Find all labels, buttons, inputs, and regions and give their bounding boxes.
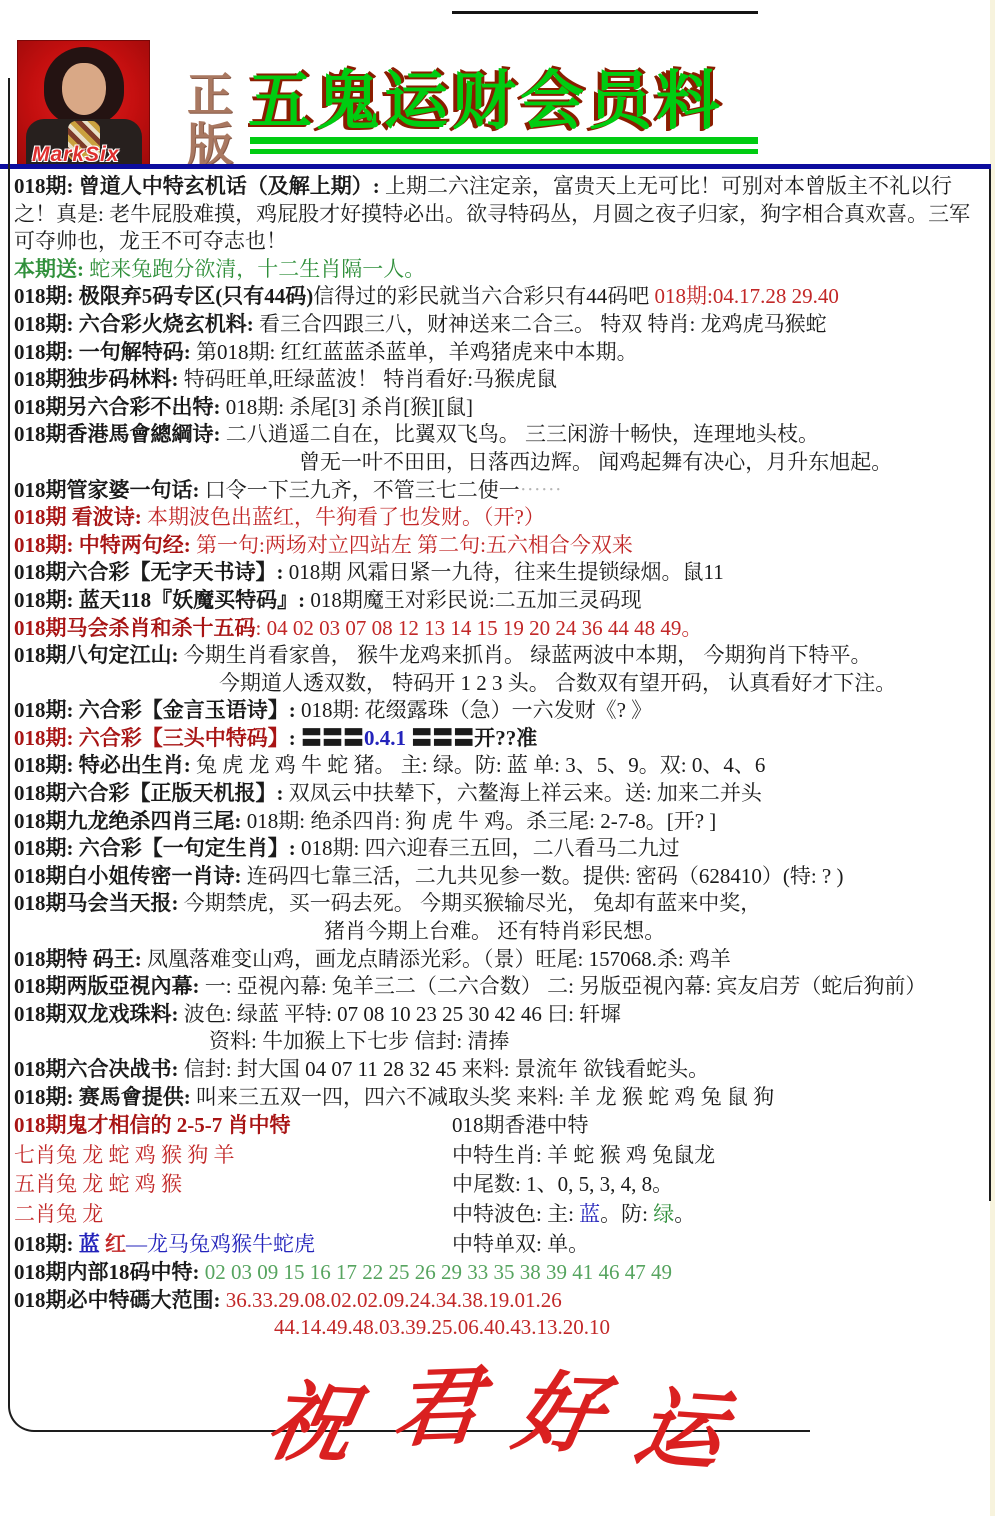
content-line: 中特单双: 单。 bbox=[452, 1230, 988, 1260]
text-segment: 信封: 封大国 04 07 11 28 32 45 来料: 景流年 欲钱看蛇头。 bbox=[184, 1057, 709, 1081]
content-line: 018期八句定江山: 今期生肖看家兽， 猴牛龙鸡来抓肖。 绿蓝两波中本期， 今期… bbox=[14, 642, 988, 670]
text-segment: 36.33.29.08.02.02.09.24.34.38.19.01.26 bbox=[226, 1288, 562, 1312]
text-segment: 018期: 六合彩【一句定生肖】: bbox=[14, 836, 301, 860]
text-segment: ⋯⋯ bbox=[520, 478, 562, 502]
text-segment: 018期马会杀肖和杀十五码 bbox=[14, 616, 256, 640]
text-segment: 之！真是: 老牛屁股难摸，鸡屁股才好摸特必出。欲寻特码丛，月圆之夜子归家，狗字相… bbox=[14, 202, 970, 226]
text-segment: —龙马兔鸡猴牛蛇虎 bbox=[126, 1232, 315, 1256]
text-segment: 可夺帅也，龙王不可夺志也！ bbox=[14, 229, 287, 253]
text-segment: 018期六合决战书: bbox=[14, 1057, 184, 1081]
text-segment: 018期鬼才相信的 2-5-7 肖中特 bbox=[14, 1113, 291, 1137]
text-segment: 开??准 bbox=[474, 726, 537, 750]
content-line: 018期: 六合彩【一句定生肖】: 018期: 四六迎春三五回，二八看马二九过 bbox=[14, 835, 988, 863]
text-segment: 红 bbox=[105, 1232, 126, 1256]
text-segment: 018期: bbox=[14, 1232, 79, 1256]
top-divider-line bbox=[452, 11, 758, 14]
text-segment: 叫来三五双一四，四六不减取头奖 来料: 羊 龙 猴 蛇 鸡 兔 鼠 狗 bbox=[196, 1085, 774, 1109]
blessing-char: 运 bbox=[626, 1357, 737, 1487]
content-line: 018期: 极限弃5码专区(只有44码)信得过的彩民就当六合彩只有44码吧 01… bbox=[14, 283, 988, 311]
text-segment: 018期另六合彩不出特: bbox=[14, 395, 226, 419]
text-segment: 018期: 中特两句经: bbox=[14, 533, 196, 557]
text-segment: 018期: 六合彩火烧玄机料: bbox=[14, 312, 259, 336]
text-segment: 018期: 蓝天118『妖魔买特码』: bbox=[14, 588, 310, 612]
text-segment: 波色: 绿蓝 平特: 07 08 10 23 25 30 42 46 曰: 轩墀 bbox=[184, 1002, 622, 1026]
text-segment: 二肖兔 龙 bbox=[14, 1202, 103, 1226]
text-segment: 蓝 bbox=[79, 1232, 105, 1256]
text-segment: 蛇来兔跑分欲清，十二生肖隔一人。 bbox=[89, 257, 425, 281]
content-line: 可夺帅也，龙王不可夺志也！ bbox=[14, 228, 988, 256]
text-segment: 018期双龙戏珠料: bbox=[14, 1002, 184, 1026]
content-line: 018期: 六合彩【金言玉语诗】: 018期: 花缀露珠（急）一六发财《? 》 bbox=[14, 697, 988, 725]
text-segment: 上期二六注定亲，富贵天上无可比！可别对本曾版主不礼以行 bbox=[385, 174, 952, 198]
text-segment: 018期八句定江山: bbox=[14, 643, 184, 667]
content-line: 018期: 曾道人中特玄机话（及解上期）: 上期二六注定亲，富贵天上无可比！可别… bbox=[14, 173, 988, 201]
text-segment: 第018期: 红红蓝蓝杀蓝单，羊鸡猪虎来中本期。 bbox=[196, 340, 638, 364]
text-segment: 018期香港馬會總綱诗: bbox=[14, 422, 226, 446]
text-segment: 资料: 牛加猴上下七步 信封: 清捧 bbox=[209, 1029, 509, 1053]
content-line: 七肖兔 龙 蛇 鸡 猴 狗 羊 bbox=[14, 1141, 452, 1171]
content-line: 中特生肖: 羊 蛇 猴 鸡 兔鼠龙 bbox=[452, 1141, 988, 1171]
content-line: 二肖兔 龙 bbox=[14, 1200, 452, 1230]
title-underline-2 bbox=[250, 149, 758, 154]
text-segment: 中特单双: 单。 bbox=[452, 1232, 589, 1256]
text-segment: 特码旺单,旺绿蓝波！ 特肖看好:马猴虎鼠 bbox=[184, 367, 557, 391]
text-segment: 018期九龙绝杀四肖三尾: bbox=[14, 809, 247, 833]
text-segment: 018期魔王对彩民说:二五加三灵码现 bbox=[310, 588, 641, 612]
hongkong-zhongte-column: 018期香港中特中特生肖: 羊 蛇 猴 鸡 兔鼠龙中尾数: 1、0, 5, 3,… bbox=[452, 1111, 988, 1259]
text-segment: 018期管家婆一句话: bbox=[14, 478, 205, 502]
text-segment: 018期: 赛馬會提供: bbox=[14, 1085, 196, 1109]
text-segment: 018期香港中特 bbox=[452, 1113, 589, 1137]
content-line: 018期双龙戏珠料: 波色: 绿蓝 平特: 07 08 10 23 25 30 … bbox=[14, 1001, 988, 1029]
text-segment: 五肖兔 龙 蛇 鸡 猴 bbox=[14, 1172, 182, 1196]
text-segment: 018期: 六合彩【金言玉语诗】: bbox=[14, 698, 301, 722]
content-line: 之！真是: 老牛屁股难摸，鸡屁股才好摸特必出。欲寻特码丛，月圆之夜子归家，狗字相… bbox=[14, 201, 988, 229]
text-segment: 018期六合彩【无字天书诗】: bbox=[14, 560, 289, 584]
text-segment: : bbox=[256, 616, 267, 640]
text-segment: 018期独步码林料: bbox=[14, 367, 184, 391]
content-line: 五肖兔 龙 蛇 鸡 猴 bbox=[14, 1170, 452, 1200]
content-line: 018期马会杀肖和杀十五码: 04 02 03 07 08 12 13 14 1… bbox=[14, 615, 988, 643]
content-line: 018期必中特碼大范围: 36.33.29.08.02.02.09.24.34.… bbox=[14, 1287, 988, 1315]
text-segment: 二八逍遥二自在，比翼双飞鸟。 三三闲游十畅快，连理地头枝。 bbox=[226, 422, 819, 446]
content-line: 018期香港馬會總綱诗: 二八逍遥二自在，比翼双飞鸟。 三三闲游十畅快，连理地头… bbox=[14, 421, 988, 449]
text-segment: 七肖兔 龙 蛇 鸡 猴 狗 羊 bbox=[14, 1143, 235, 1167]
text-segment: 兔 虎 龙 鸡 牛 蛇 猪。 主: 绿。防: 蓝 单: 3、5、9。双: 0、4… bbox=[196, 753, 765, 777]
text-segment: 018期: 四六迎春三五回，二八看马二九过 bbox=[301, 836, 680, 860]
tips-sheet-body: 018期: 曾道人中特玄机话（及解上期）: 上期二六注定亲，富贵天上无可比！可别… bbox=[14, 173, 988, 1342]
blessing-char: 祝 bbox=[257, 1352, 366, 1480]
content-line: 018期香港中特 bbox=[452, 1111, 988, 1141]
text-segment: 018期: 六合彩【三头中特码】 bbox=[14, 726, 289, 750]
text-segment: 看三合四跟三八，财神送来二合三。 特双 特肖: 龙鸡虎马猴蛇 bbox=[259, 312, 827, 336]
text-segment: 一: 亞視內幕: 兔羊三二（二六合数） 二: 另版亞視內幕: 宾友启芳（蛇后狗前… bbox=[205, 974, 927, 998]
text-segment: 连码四七靠三活，二九共见参一数。提供: 密码（628410）(特: ? ) bbox=[247, 864, 844, 888]
content-line: 018期: 六合彩【三头中特码】: 〓〓〓0.4.1 〓〓〓开??准 bbox=[14, 725, 988, 753]
content-line: 018期鬼才相信的 2-5-7 肖中特 bbox=[14, 1111, 452, 1141]
content-line: 018期: 赛馬會提供: 叫来三五双一四，四六不减取头奖 来料: 羊 龙 猴 蛇… bbox=[14, 1084, 988, 1112]
text-segment: 04 02 03 07 08 12 13 14 15 19 20 24 36 4… bbox=[267, 616, 703, 640]
text-segment: 018期特 码王: bbox=[14, 947, 147, 971]
text-segment: 蓝 bbox=[579, 1202, 600, 1226]
text-segment: 018期: 极限弃5码专区(只有44码) bbox=[14, 284, 313, 308]
blessing-char: 好 bbox=[507, 1343, 614, 1470]
content-line: 曾无一叶不田田，日落西边辉。 闻鸡起舞有决心，月升东旭起。 bbox=[14, 449, 988, 477]
content-line: 中特波色: 主: 蓝。防: 绿。 bbox=[452, 1200, 988, 1230]
text-segment: 018期: 一句解特码: bbox=[14, 340, 196, 364]
blessing-char: 君 bbox=[388, 1337, 487, 1464]
edition-label: 正版 bbox=[170, 70, 236, 172]
text-segment: 中特生肖: 羊 蛇 猴 鸡 兔鼠龙 bbox=[452, 1143, 715, 1167]
text-segment: 本期波色出蓝红，牛狗看了也发财。（开?） bbox=[147, 505, 545, 529]
text-segment: : bbox=[289, 726, 301, 750]
text-segment: 今期生肖看家兽， 猴牛龙鸡来抓肖。 绿蓝两波中本期， 今期狗肖下特平。 bbox=[184, 643, 872, 667]
text-segment: 018期两版亞視內幕: bbox=[14, 974, 205, 998]
content-line: 018期特 码王: 凤凰落难变山鸡，画龙点睛添光彩。（景）旺尾: 157068.… bbox=[14, 946, 988, 974]
text-segment: 。防: bbox=[600, 1202, 653, 1226]
content-line: 018期管家婆一句话: 口令一下三九齐，不管三七二使一⋯⋯ bbox=[14, 477, 988, 505]
text-segment: 018期: 曾道人中特玄机话（及解上期）: bbox=[14, 174, 385, 198]
content-line: 018期: 一句解特码: 第018期: 红红蓝蓝杀蓝单，羊鸡猪虎来中本期。 bbox=[14, 339, 988, 367]
zodiac-pick-column: 018期鬼才相信的 2-5-7 肖中特七肖兔 龙 蛇 鸡 猴 狗 羊五肖兔 龙 … bbox=[14, 1111, 452, 1259]
text-segment: 018期:04.17.28 29.40 bbox=[654, 284, 838, 308]
text-segment: 双凤云中扶辇下，六鳌海上祥云来。送: 加来二并头 bbox=[289, 781, 762, 805]
content-line: 今期道人透双数， 特码开 1 2 3 头。 合数双有望开码， 认真看好才下注。 bbox=[14, 670, 988, 698]
content-line: 018期九龙绝杀四肖三尾: 018期: 绝杀四肖: 狗 虎 牛 鸡。杀三尾: 2… bbox=[14, 808, 988, 836]
photo-face-shape bbox=[62, 63, 106, 115]
content-line: 018期白小姐传密一肖诗: 连码四七靠三活，二九共见参一数。提供: 密码（628… bbox=[14, 863, 988, 891]
main-lines-block: 018期: 曾道人中特玄机话（及解上期）: 上期二六注定亲，富贵天上无可比！可别… bbox=[14, 173, 988, 1111]
content-line: 018期独步码林料: 特码旺单,旺绿蓝波！ 特肖看好:马猴虎鼠 bbox=[14, 366, 988, 394]
text-segment: 44.14.49.48.03.39.25.06.40.43.13.20.10 bbox=[274, 1315, 610, 1339]
blessing-calligraphy: 祝 君 好 运 bbox=[264, 1338, 759, 1448]
text-segment: 018期必中特碼大范围: bbox=[14, 1288, 226, 1312]
content-line: 018期六合决战书: 信封: 封大国 04 07 11 28 32 45 来料:… bbox=[14, 1056, 988, 1084]
content-line: 018期: 蓝天118『妖魔买特码』: 018期魔王对彩民说:二五加三灵码现 bbox=[14, 587, 988, 615]
text-segment: 绿 bbox=[653, 1202, 674, 1226]
title-underline-1 bbox=[250, 137, 758, 144]
text-segment: 018期: 杀尾[3] 杀肖[猴][鼠] bbox=[226, 395, 473, 419]
text-segment: 02 03 09 15 16 17 22 25 26 29 33 35 38 3… bbox=[205, 1260, 672, 1284]
content-line: 018期六合彩【正版天机报】: 双凤云中扶辇下，六鳌海上祥云来。送: 加来二并头 bbox=[14, 780, 988, 808]
text-segment: 018期马会当天报: bbox=[14, 891, 184, 915]
text-segment: 凤凰落难变山鸡，画龙点睛添光彩。（景）旺尾: 157068.杀: 鸡羊 bbox=[147, 947, 731, 971]
text-segment: 猪肖今期上台难。 还有特肖彩民想。 bbox=[324, 919, 665, 943]
text-segment: 第一句:两场对立四站左 第二句:五六相合今双来 bbox=[196, 533, 633, 557]
content-line: 猪肖今期上台难。 还有特肖彩民想。 bbox=[14, 918, 988, 946]
content-line: 018期两版亞視內幕: 一: 亞視內幕: 兔羊三二（二六合数） 二: 另版亞視內… bbox=[14, 973, 988, 1001]
text-segment: 0.4.1 bbox=[364, 726, 411, 750]
text-segment: 〓〓〓 bbox=[301, 726, 364, 750]
content-line: 018期内部18码中特: 02 03 09 15 16 17 22 25 26 … bbox=[14, 1259, 988, 1287]
text-segment: 018期内部18码中特: bbox=[14, 1260, 205, 1284]
text-segment: 本期送: bbox=[14, 257, 89, 281]
text-segment: 018期 看波诗: bbox=[14, 505, 147, 529]
content-line: 018期: 蓝 红—龙马兔鸡猴牛蛇虎 bbox=[14, 1230, 452, 1260]
text-segment: 今期禁虎，买一码去死。 今期买猴输尽光， 兔却有蓝来中奖， bbox=[184, 891, 762, 915]
text-segment: 018期白小姐传密一肖诗: bbox=[14, 864, 247, 888]
header-divider-blue bbox=[0, 164, 991, 169]
text-segment: 今期道人透双数， 特码开 1 2 3 头。 合数双有望开码， 认真看好才下注。 bbox=[219, 671, 896, 695]
text-segment: 中特波色: 主: bbox=[452, 1202, 579, 1226]
text-segment: 曾无一叶不田田，日落西边辉。 闻鸡起舞有决心，月升东旭起。 bbox=[299, 450, 892, 474]
content-line: 018期另六合彩不出特: 018期: 杀尾[3] 杀肖[猴][鼠] bbox=[14, 394, 988, 422]
two-column-block: 018期鬼才相信的 2-5-7 肖中特七肖兔 龙 蛇 鸡 猴 狗 羊五肖兔 龙 … bbox=[14, 1111, 988, 1259]
text-segment: 018期: 特必出生肖: bbox=[14, 753, 196, 777]
content-line: 018期六合彩【无字天书诗】: 018期 风霜日紧一九待，往来生提锁绿烟。鼠11 bbox=[14, 559, 988, 587]
text-segment: 。 bbox=[674, 1202, 695, 1226]
text-segment: 〓〓〓 bbox=[411, 726, 474, 750]
content-line: 资料: 牛加猴上下七步 信封: 清捧 bbox=[14, 1028, 988, 1056]
presenter-photo: MarkSix bbox=[17, 40, 150, 168]
content-line: 中尾数: 1、0, 5, 3, 4, 8。 bbox=[452, 1170, 988, 1200]
text-segment: 018期六合彩【正版天机报】: bbox=[14, 781, 289, 805]
text-segment: 口令一下三九齐，不管三七二使一 bbox=[205, 478, 520, 502]
text-segment: 中尾数: 1、0, 5, 3, 4, 8。 bbox=[452, 1172, 673, 1196]
text-segment: 018期 风霜日紧一九待，往来生提锁绿烟。鼠11 bbox=[289, 560, 724, 584]
tail-lines-block: 018期内部18码中特: 02 03 09 15 16 17 22 25 26 … bbox=[14, 1259, 988, 1342]
content-line: 018期: 特必出生肖: 兔 虎 龙 鸡 牛 蛇 猪。 主: 绿。防: 蓝 单:… bbox=[14, 752, 988, 780]
text-segment: 018期: 绝杀四肖: 狗 虎 牛 鸡。杀三尾: 2-7-8。[开? ] bbox=[247, 809, 717, 833]
text-segment: 信得过的彩民就当六合彩只有44码吧 bbox=[313, 284, 654, 308]
page-title: 五鬼运财会员料 bbox=[248, 50, 760, 138]
content-line: 018期: 六合彩火烧玄机料: 看三合四跟三八，财神送来二合三。 特双 特肖: … bbox=[14, 311, 988, 339]
page-border-right bbox=[989, 169, 991, 1201]
content-line: 018期马会当天报: 今期禁虎，买一码去死。 今期买猴输尽光， 兔却有蓝来中奖， bbox=[14, 890, 988, 918]
content-line: 018期: 中特两句经: 第一句:两场对立四站左 第二句:五六相合今双来 bbox=[14, 532, 988, 560]
content-line: 本期送: 蛇来兔跑分欲清，十二生肖隔一人。 bbox=[14, 256, 988, 284]
content-line: 018期 看波诗: 本期波色出蓝红，牛狗看了也发财。（开?） bbox=[14, 504, 988, 532]
text-segment: 018期: 花缀露珠（急）一六发财《? 》 bbox=[301, 698, 652, 722]
